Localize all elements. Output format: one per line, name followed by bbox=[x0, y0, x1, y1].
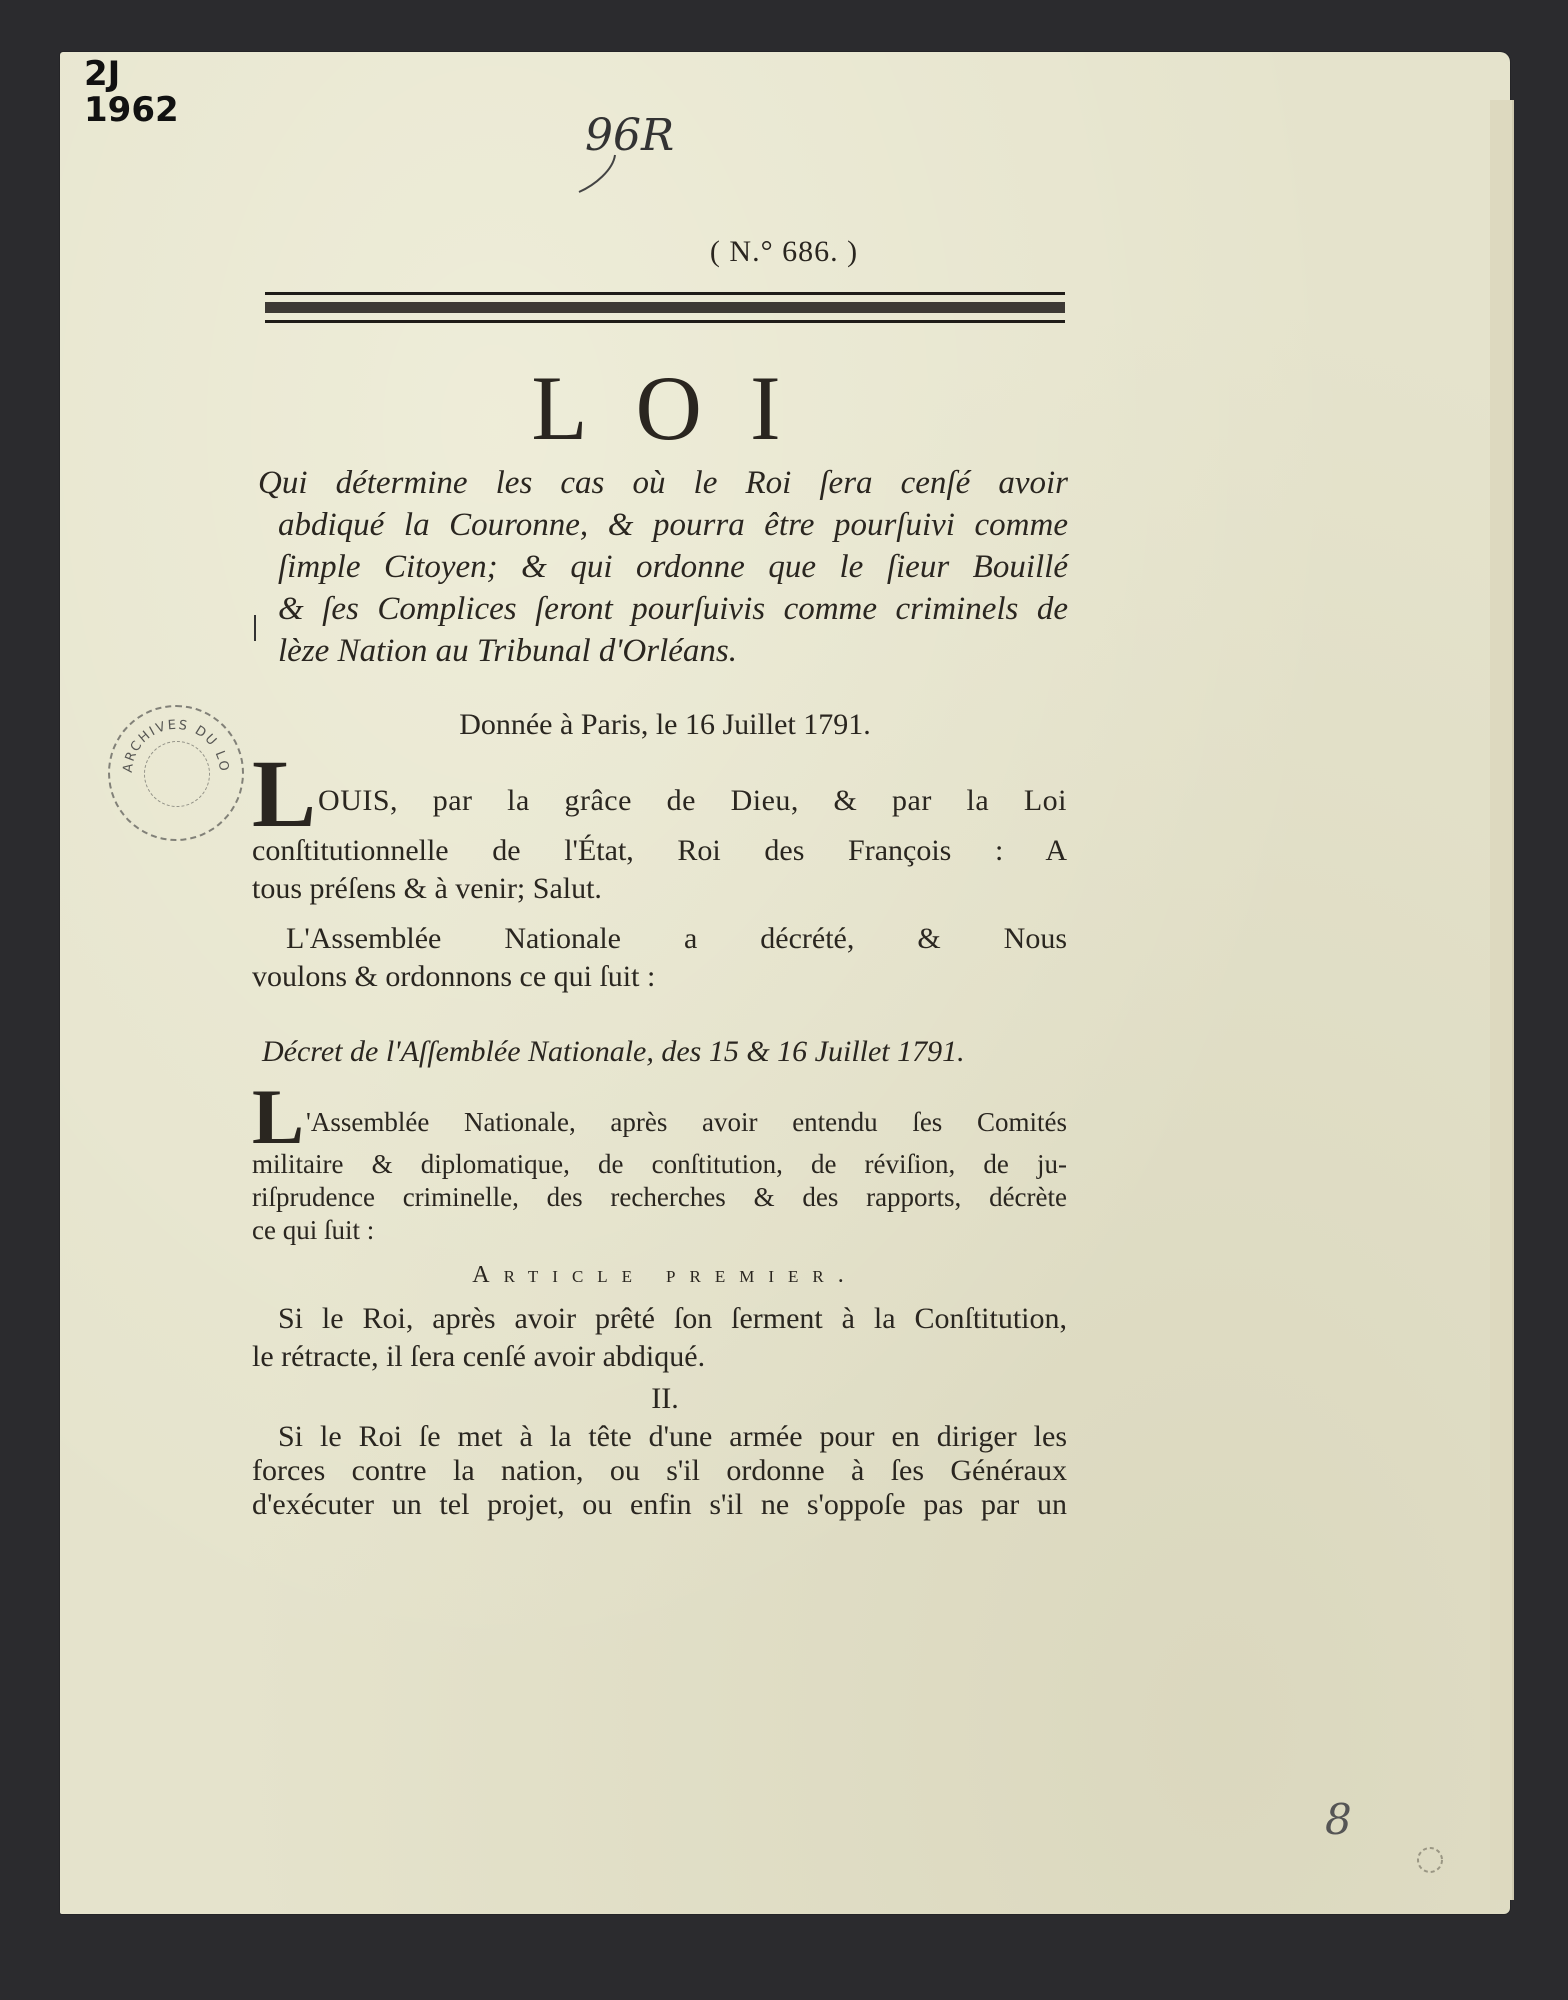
article-line: Si le Roi, après avoir prêté ſon ſerment… bbox=[252, 1300, 1067, 1338]
decree-intro-line: militaire & diplomatique, de conſtitutio… bbox=[252, 1148, 1067, 1181]
paper-damage-icon bbox=[1410, 1840, 1450, 1880]
preamble-paragraph: L OUIS, par la grâce de Dieu, & par la L… bbox=[252, 752, 1067, 908]
paper-edge bbox=[1490, 100, 1514, 1900]
handwritten-flourish-icon bbox=[575, 150, 635, 195]
dropcap-letter: L bbox=[252, 1086, 304, 1148]
article-2-heading: II. bbox=[0, 1382, 1330, 1416]
subtitle-line: lèze Nation au Tribunal d'Orléans. bbox=[258, 630, 1068, 672]
law-number: ( N.° 686. ) bbox=[0, 235, 1568, 269]
subtitle-line: Qui détermine les cas où le Roi ſera cen… bbox=[258, 462, 1068, 504]
assembly-line: voulons & ordonnons ce qui ſuit : bbox=[252, 958, 1067, 996]
subtitle-line: abdiqué la Couronne, & pourra être pourſ… bbox=[258, 504, 1068, 546]
stamp-text-ring: ARCHIVES DU LOIRET bbox=[110, 707, 242, 839]
top-rule-thin bbox=[265, 292, 1065, 295]
article-line: le rétracte, il ſera cenſé avoir abdiqué… bbox=[252, 1338, 1067, 1376]
archive-reference: 2J 1962 bbox=[84, 56, 179, 128]
archive-stamp: ARCHIVES DU LOIRET bbox=[108, 705, 244, 841]
assembly-decree-paragraph: L'Assemblée Nationale a décrété, & Nous … bbox=[252, 920, 1067, 996]
article-line: Si le Roi ſe met à la tête d'une armée p… bbox=[252, 1420, 1067, 1454]
decree-intro-line: ce qui ſuit : bbox=[252, 1214, 1067, 1247]
article-1-body: Si le Roi, après avoir prêté ſon ſerment… bbox=[252, 1300, 1067, 1376]
top-rule-thin-2 bbox=[265, 320, 1065, 323]
article-line: d'exécuter un tel projet, ou enfin s'il … bbox=[252, 1488, 1067, 1522]
archive-ref-line2: 1962 bbox=[84, 92, 179, 128]
svg-text:ARCHIVES DU LOIRET: ARCHIVES DU LOIRET bbox=[110, 707, 231, 774]
decree-heading: Décret de l'Aſſemblée Nationale, des 15 … bbox=[262, 1035, 1072, 1069]
law-subtitle: Qui détermine les cas où le Roi ſera cen… bbox=[258, 462, 1068, 672]
article-line: forces contre la nation, ou s'il ordonne… bbox=[252, 1454, 1067, 1488]
decree-intro-paragraph: L 'Assemblée Nationale, après avoir ente… bbox=[252, 1082, 1067, 1247]
top-rule-thick bbox=[265, 302, 1065, 313]
decree-intro-line: riſprudence criminelle, des recherches &… bbox=[252, 1181, 1067, 1214]
subtitle-line: & ſes Complices ſeront pourſuivis comme … bbox=[258, 588, 1068, 630]
page-title: LOI bbox=[0, 355, 1340, 461]
assembly-line: L'Assemblée Nationale a décrété, & Nous bbox=[252, 920, 1067, 958]
preamble-line: OUIS, par la grâce de Dieu, & par la Loi bbox=[252, 752, 1067, 820]
archive-ref-line1: 2J bbox=[84, 56, 179, 92]
article-1-heading: Article premier. bbox=[0, 1262, 1330, 1289]
margin-mark bbox=[254, 615, 256, 641]
page-mark: 8 bbox=[1325, 1795, 1352, 1844]
decree-intro-line: 'Assemblée Nationale, après avoir entend… bbox=[252, 1082, 1067, 1139]
preamble-line: tous préſens & à venir; Salut. bbox=[252, 870, 1067, 908]
preamble-line: conſtitutionnelle de l'État, Roi des Fra… bbox=[252, 832, 1067, 870]
subtitle-line: ſimple Citoyen; & qui ordonne que le ſie… bbox=[258, 546, 1068, 588]
dropcap-letter: L bbox=[252, 756, 316, 832]
article-2-body: Si le Roi ſe met à la tête d'une armée p… bbox=[252, 1420, 1067, 1522]
